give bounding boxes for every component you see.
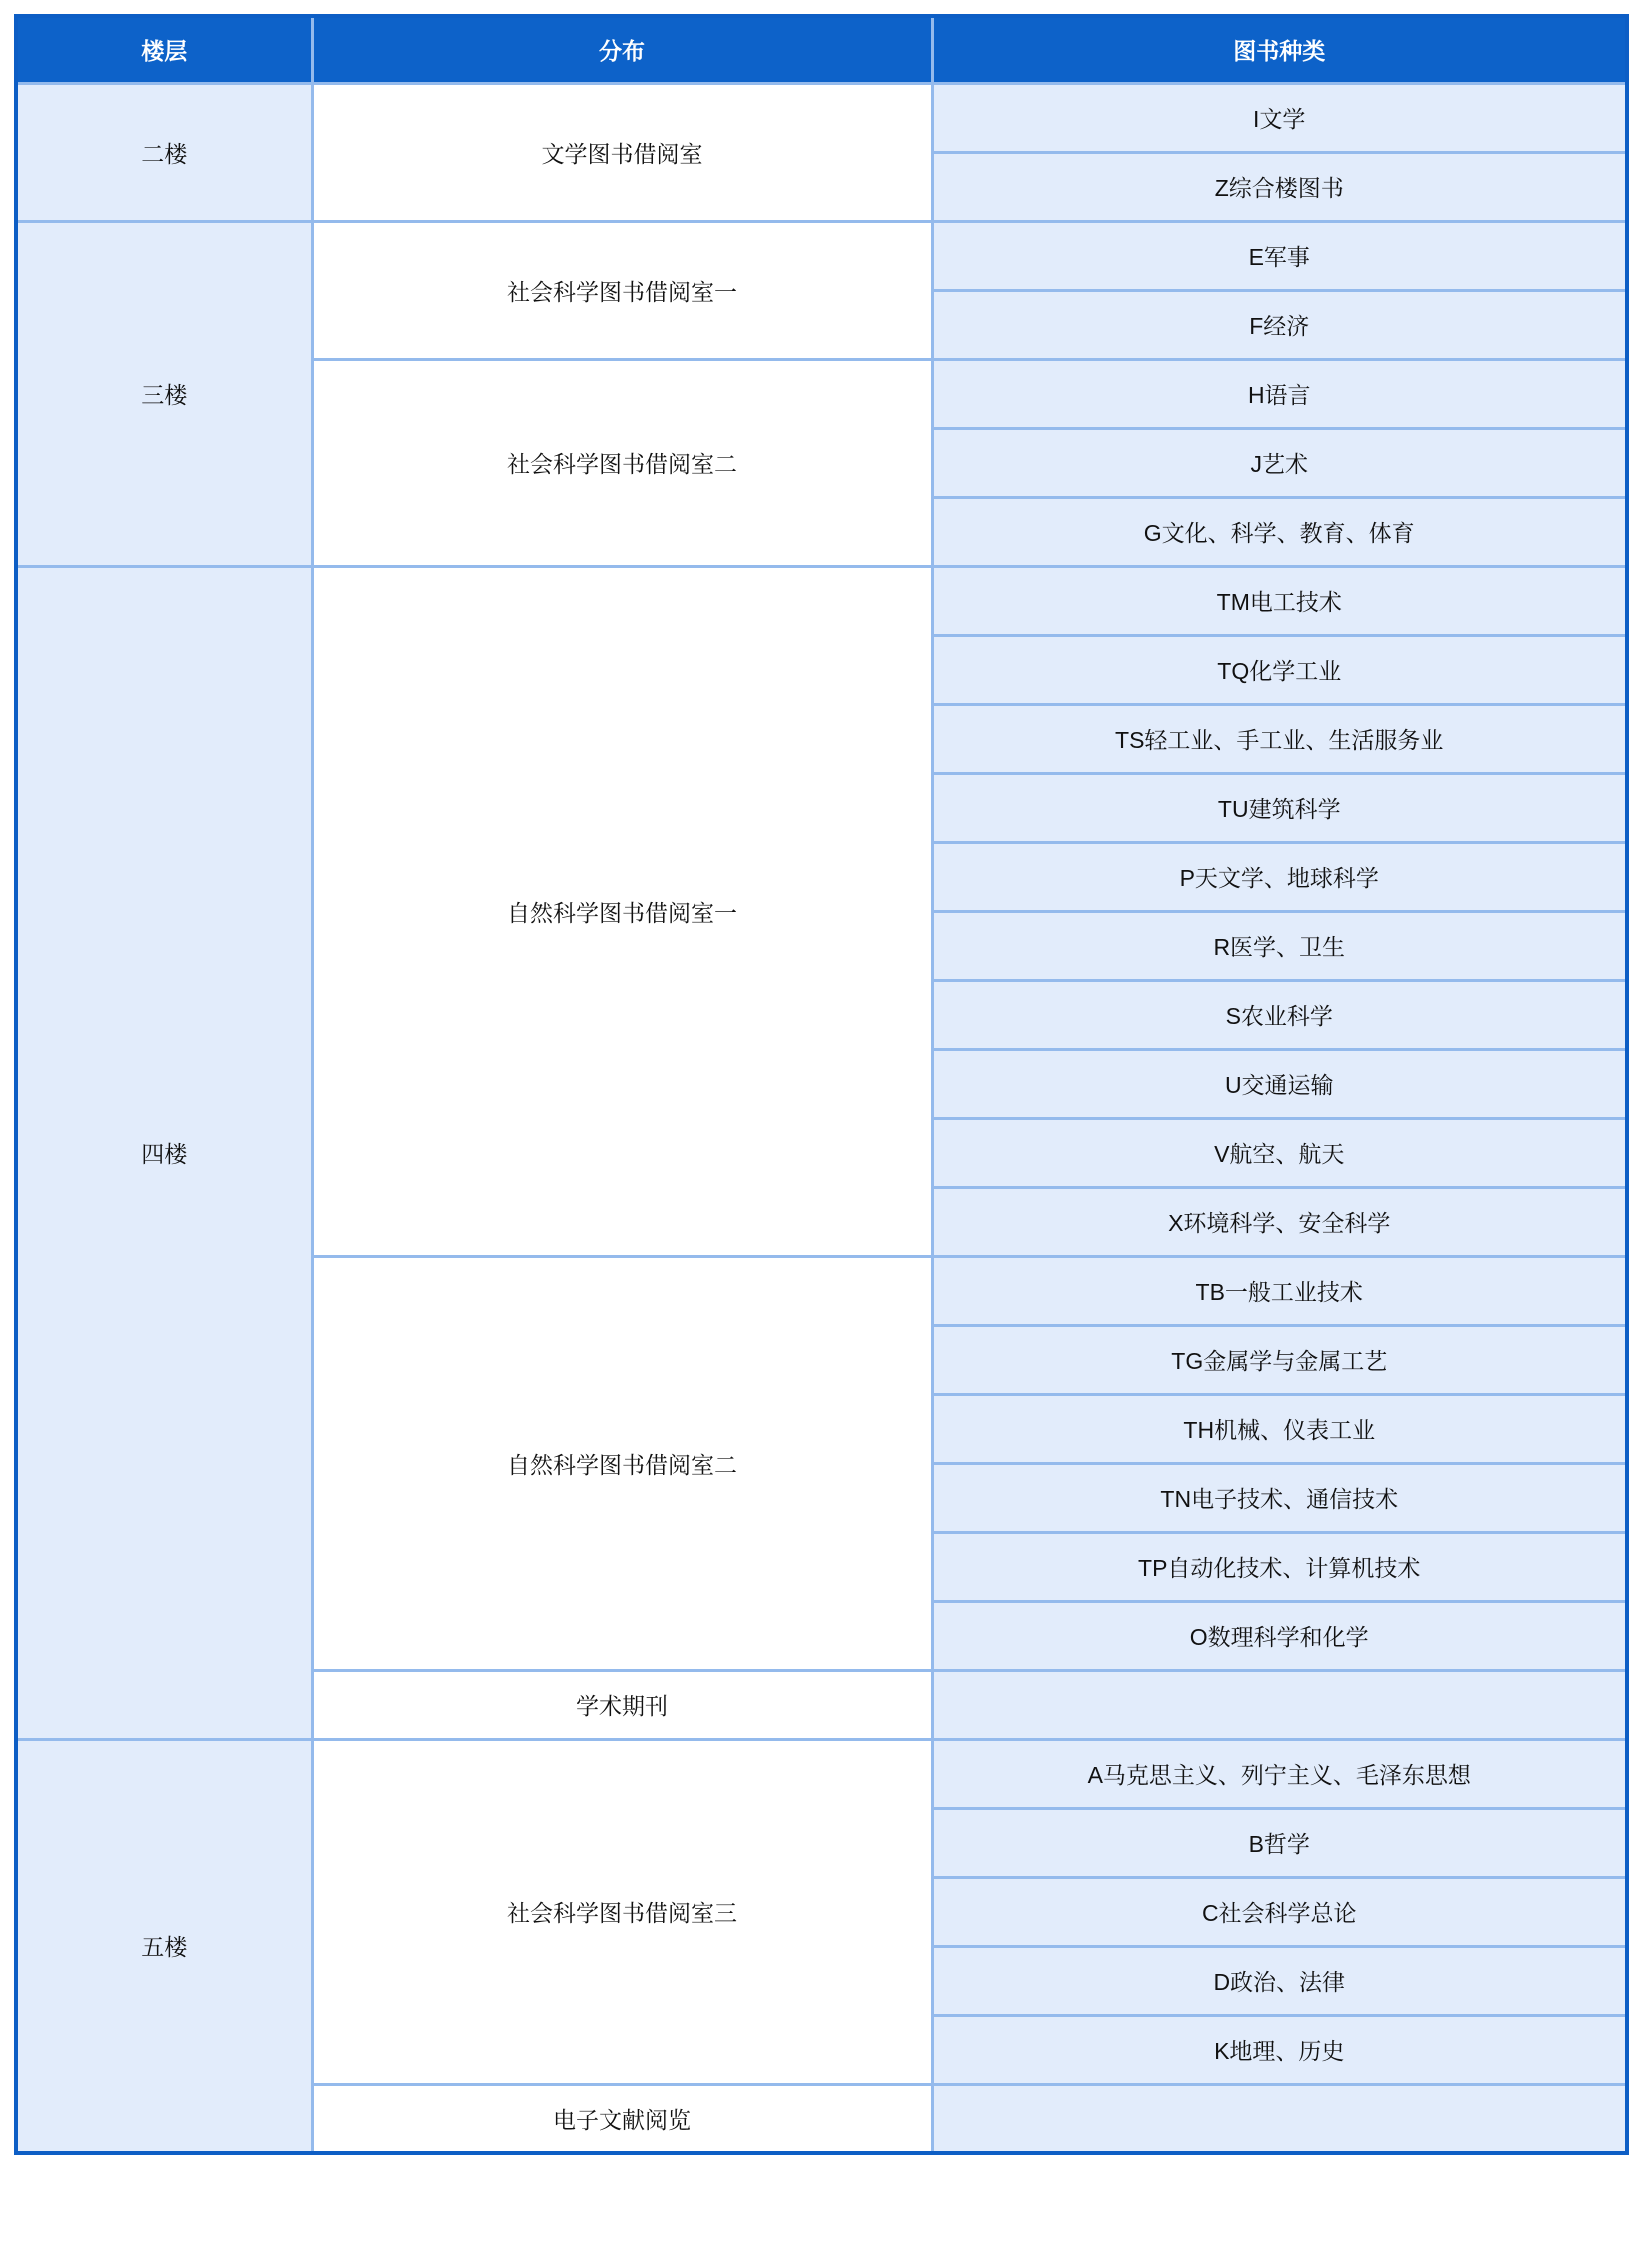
category-cell: X环境科学、安全科学 bbox=[932, 1187, 1627, 1256]
header-cell-distribution: 分布 bbox=[312, 16, 932, 83]
library-distribution-table: 楼层 分布 图书种类 二楼 文学图书借阅室 I文学 Z综合楼图书 三楼 社会科学… bbox=[14, 14, 1629, 2155]
category-cell: TP自动化技术、计算机技术 bbox=[932, 1532, 1627, 1601]
category-cell: V航空、航天 bbox=[932, 1118, 1627, 1187]
category-cell bbox=[932, 2084, 1627, 2153]
room-cell: 学术期刊 bbox=[312, 1670, 932, 1739]
room-cell: 社会科学图书借阅室三 bbox=[312, 1739, 932, 2084]
category-cell: U交通运输 bbox=[932, 1049, 1627, 1118]
header-row: 楼层 分布 图书种类 bbox=[16, 16, 1627, 83]
floor-cell: 二楼 bbox=[16, 83, 312, 221]
category-cell: D政治、法律 bbox=[932, 1946, 1627, 2015]
category-cell: TB一般工业技术 bbox=[932, 1256, 1627, 1325]
category-cell: O数理科学和化学 bbox=[932, 1601, 1627, 1670]
table-row: 二楼 文学图书借阅室 I文学 bbox=[16, 83, 1627, 152]
category-cell: TG金属学与金属工艺 bbox=[932, 1325, 1627, 1394]
category-cell: TH机械、仪表工业 bbox=[932, 1394, 1627, 1463]
room-cell: 文学图书借阅室 bbox=[312, 83, 932, 221]
category-cell: H语言 bbox=[932, 359, 1627, 428]
room-cell: 社会科学图书借阅室二 bbox=[312, 359, 932, 566]
category-cell: TQ化学工业 bbox=[932, 635, 1627, 704]
category-cell: I文学 bbox=[932, 83, 1627, 152]
category-cell: A马克思主义、列宁主义、毛泽东思想 bbox=[932, 1739, 1627, 1808]
header-cell-floor: 楼层 bbox=[16, 16, 312, 83]
category-cell: TM电工技术 bbox=[932, 566, 1627, 635]
category-cell: E军事 bbox=[932, 221, 1627, 290]
category-cell: Z综合楼图书 bbox=[932, 152, 1627, 221]
category-cell: S农业科学 bbox=[932, 980, 1627, 1049]
category-cell: TN电子技术、通信技术 bbox=[932, 1463, 1627, 1532]
category-cell: C社会科学总论 bbox=[932, 1877, 1627, 1946]
page: 楼层 分布 图书种类 二楼 文学图书借阅室 I文学 Z综合楼图书 三楼 社会科学… bbox=[0, 0, 1638, 2170]
category-cell: G文化、科学、教育、体育 bbox=[932, 497, 1627, 566]
category-cell: B哲学 bbox=[932, 1808, 1627, 1877]
category-cell: K地理、历史 bbox=[932, 2015, 1627, 2084]
category-cell: J艺术 bbox=[932, 428, 1627, 497]
category-cell bbox=[932, 1670, 1627, 1739]
category-cell: R医学、卫生 bbox=[932, 911, 1627, 980]
floor-cell: 五楼 bbox=[16, 1739, 312, 2153]
category-cell: P天文学、地球科学 bbox=[932, 842, 1627, 911]
table-row: 五楼 社会科学图书借阅室三 A马克思主义、列宁主义、毛泽东思想 bbox=[16, 1739, 1627, 1808]
room-cell: 自然科学图书借阅室一 bbox=[312, 566, 932, 1256]
table-row: 三楼 社会科学图书借阅室一 E军事 bbox=[16, 221, 1627, 290]
floor-cell: 三楼 bbox=[16, 221, 312, 566]
floor-cell: 四楼 bbox=[16, 566, 312, 1739]
header-cell-book-types: 图书种类 bbox=[932, 16, 1627, 83]
category-cell: TU建筑科学 bbox=[932, 773, 1627, 842]
room-cell: 社会科学图书借阅室一 bbox=[312, 221, 932, 359]
category-cell: F经济 bbox=[932, 290, 1627, 359]
room-cell: 电子文献阅览 bbox=[312, 2084, 932, 2153]
room-cell: 自然科学图书借阅室二 bbox=[312, 1256, 932, 1670]
category-cell: TS轻工业、手工业、生活服务业 bbox=[932, 704, 1627, 773]
table-row: 四楼 自然科学图书借阅室一 TM电工技术 bbox=[16, 566, 1627, 635]
